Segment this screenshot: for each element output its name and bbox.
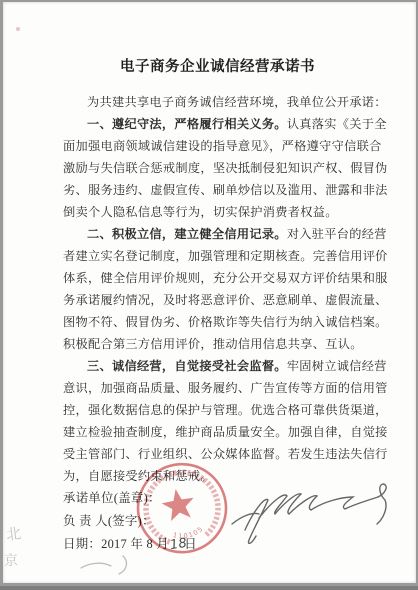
paragraph-3-line-2: 意识，加强商品质量、服务履约、广告宣传等方面的信用管 — [63, 377, 372, 399]
scanned-document: 电子商务企业诚信经营承诺书 为共建共享电子商务诚信经营环境，我单位公开承诺： 一… — [0, 0, 418, 590]
paragraph-1-line-4: 劣、服务违约、虚假宣传、刷单炒信以及滥用、泄露和非法 — [63, 179, 372, 201]
paragraph-2-line-5: 图物不符、假冒伪劣、价格欺诈等失信行为纳入诚信档案。 — [63, 311, 372, 333]
paper-speck — [16, 27, 20, 31]
pencil-scribble — [77, 554, 139, 578]
paragraph-3-heading: 三、诚信经营，自觉接受社会监督。 — [87, 359, 287, 373]
paragraph-3-line-4: 建立检验抽查制度，维护商品质量安全。加强自律，自觉接 — [63, 421, 372, 443]
document-page: 电子商务企业诚信经营承诺书 为共建共享电子商务诚信经营环境，我单位公开承诺： 一… — [3, 2, 416, 583]
seal-code-digits: 110105 — [171, 524, 207, 543]
document-title: 电子商务企业诚信经营承诺书 — [63, 57, 372, 77]
svg-text:110105: 110105 — [171, 524, 207, 543]
seal-star-icon — [160, 486, 197, 522]
paragraph-2-line-6: 积极配合第三方信用评价，推动信用信息共享、互认。 — [63, 333, 372, 355]
paragraph-1-line-3: 激励与失信联合惩戒制度，坚决抵制侵犯知识产权、假冒伪 — [63, 157, 372, 179]
paragraph-2-line-1: 二、积极立信，建立健全信用记录。对入驻平台的经营 — [63, 223, 372, 245]
paragraph-2-lead-rest: 对入驻平台的经营 — [287, 227, 387, 241]
paragraph-3-lead-rest: 牢固树立诚信经营 — [287, 359, 387, 373]
paragraph-1-heading: 一、遵纪守法，严格履行相关义务。 — [87, 117, 287, 131]
paragraph-3-line-3: 控，强化数据信息的保护与管理。优选合格可靠供货渠道， — [63, 399, 372, 421]
paragraph-1-line-2: 面加强电商领域诚信建设的指导意见》，严格遵守守信联合 — [63, 135, 372, 157]
paragraph-2-heading: 二、积极立信，建立健全信用记录。 — [87, 227, 287, 241]
paragraph-2-line-2: 者建立实名登记制度，加强管理和定期核查。完善信用评价 — [63, 245, 372, 267]
paragraph-2-line-3: 体系，健全信用评价规则，充分公开交易双方评价结果和服 — [63, 267, 372, 289]
signature — [223, 468, 401, 556]
paragraph-2-line-4: 务承诺履约情况，及时将恶意评价、恶意刷单、虚假流量、 — [63, 289, 372, 311]
intro-line: 为共建共享电子商务诚信经营环境，我单位公开承诺： — [63, 91, 372, 113]
pencil-note-bottom: 京 — [3, 550, 18, 571]
paragraph-3-line-1: 三、诚信经营，自觉接受社会监督。牢固树立诚信经营 — [63, 355, 372, 377]
paragraph-1-line-5: 倒卖个人隐私信息等行为，切实保护消费者权益。 — [63, 201, 372, 223]
document-text: 为共建共享电子商务诚信经营环境，我单位公开承诺： 一、遵纪守法，严格履行相关义务… — [63, 91, 372, 487]
paragraph-1-lead-rest: 认真落实《关于全 — [287, 117, 387, 131]
pencil-note-top: 北 — [5, 522, 22, 545]
paragraph-1-line-1: 一、遵纪守法，严格履行相关义务。认真落实《关于全 — [63, 113, 372, 135]
